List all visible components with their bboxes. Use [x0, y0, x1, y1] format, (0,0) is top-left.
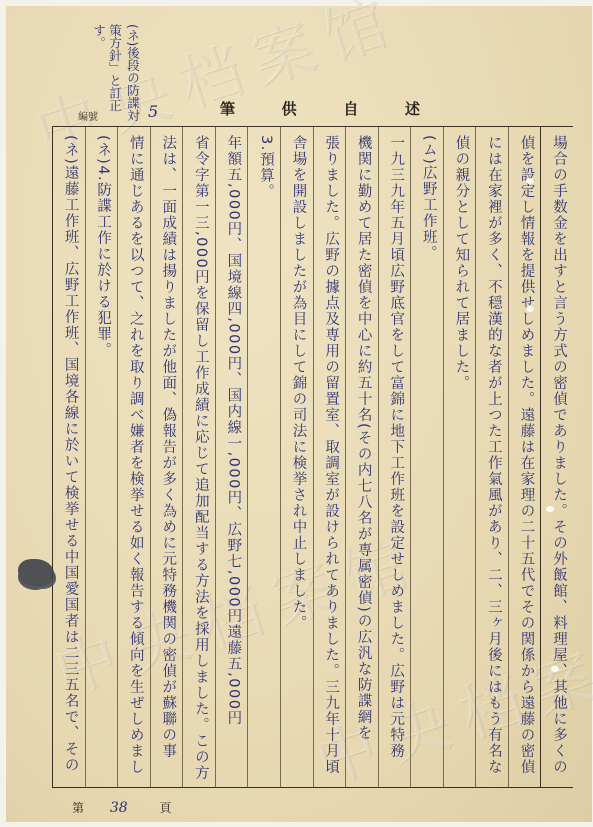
text-column: 偵の親分として知られて居ました。 [443, 127, 476, 787]
text-column: 機関に勤めて居た密偵を中心に約五十名(その内七八名が専属密偵)の広汎な防諜網を [345, 127, 378, 787]
manuscript-grid: 場合の手数金を出すと言う方式の密偵でありました。その外飯館、料理屋、其他に多くの… [52, 126, 573, 788]
title-char: 自 [343, 98, 358, 119]
document-page: 中央档案馆 中央档案馆 中央档案馆 (ネ)後段の防諜対 策方針」と訂正 す。 編… [6, 6, 592, 822]
ink-stain [18, 559, 54, 587]
title-char: 供 [282, 98, 297, 119]
document-code-number: 5 [148, 102, 158, 121]
text-column: には在家裡が多く、不穏漢的な者が上つた工作氣風があり、二、三ヶ月後にはもう有名な… [475, 127, 508, 787]
page-title: 筆 供 自 述 [220, 98, 420, 119]
text-column: 情に通じあるを以つて、之れを取り調べ嫌者を検挙せる如く報告する傾向を生ぜしめまし… [117, 127, 150, 787]
paper-hole [546, 506, 554, 512]
margin-note-line: (ネ)後段の防諜対 [126, 24, 139, 124]
section-heading: (ネ)4.防諜工作に於ける犯罪。 [85, 127, 118, 787]
page-number-value: 38 [110, 800, 128, 816]
margin-note-line: 策方針」と訂正 [108, 24, 121, 124]
paper-hole [526, 178, 534, 184]
text-column: 張りました。広野の據点及専用の留置室、取調室が設けられてありました。三九年十月頃… [313, 127, 346, 787]
page-number: 第 38 頁 [72, 799, 272, 816]
margin-note-line: す。 [92, 24, 105, 54]
text-column: 一九三九年五月頃広野底官をして富錦に地下工作班を設定せしめました。広野は元特務 [378, 127, 411, 787]
page-suffix: 頁 [160, 799, 172, 816]
paper-hole [551, 666, 559, 672]
title-char: 筆 [220, 98, 235, 119]
title-char: 述 [405, 98, 420, 119]
text-column: 舎場を開設しましたが為目にして錦の司法に検挙され中止しました。 [280, 127, 313, 787]
text-column: 年額五,000円、国境線四,000円、国内線一,000円、広野七,000円遠藤五… [215, 127, 248, 787]
text-column: 場合の手数金を出すと言う方式の密偵でありました。その外飯館、料理屋、其他に多くの… [540, 127, 573, 787]
text-column: 法は、一面成績は揚りましたが他面、偽報告が多く為めに元特務機関の密偵が蘇聯の事 [150, 127, 183, 787]
section-heading: 3.預算。 [247, 127, 280, 787]
paper-hole [526, 306, 534, 312]
section-heading: (ム)広野工作班。 [410, 127, 443, 787]
text-column: 省令字第一三,000円を保留し工作成績に応じて追加配当する方法を採用しました。こ… [182, 127, 215, 787]
document-code-label: 編號 [78, 108, 98, 123]
text-column: (ネ)遠藤工作班、広野工作班、国境各線に於いて検挙せる中国愛国者は二三五名で、そ… [53, 127, 85, 787]
page-prefix: 第 [72, 799, 84, 816]
text-column: 偵を設定し情報を提供せしめました。遠藤は在家理の二十五代でその関係から遠藤の密偵 [508, 127, 541, 787]
